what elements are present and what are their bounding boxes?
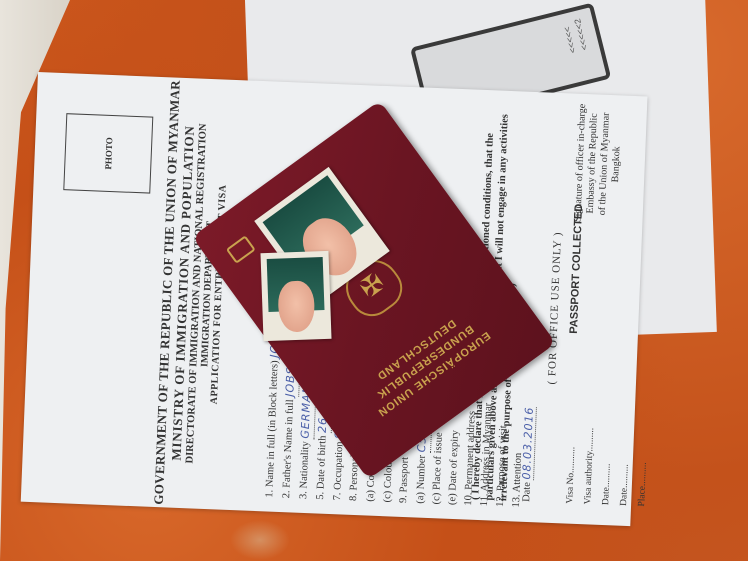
- officer-signature: Signature of officer in-chargeEmbassy of…: [572, 104, 625, 224]
- passport-photo-2: [260, 251, 331, 341]
- form-header: GOVERNMENT OF THE REPUBLIC OF THE UNION …: [151, 77, 233, 509]
- biometric-chip-icon: [226, 235, 256, 264]
- mrz-lines: <<<<< <<<<<2: [560, 17, 591, 54]
- stain: [230, 520, 290, 560]
- photo-box: PHOTO: [63, 113, 153, 193]
- office-row: Place..........: [633, 430, 654, 507]
- office-rows: Visa No...........Visa authority........…: [561, 427, 654, 507]
- application-date: Date 08.03.2016: [519, 406, 537, 502]
- passport-collected: PASSPORT COLLECTED: [568, 204, 585, 334]
